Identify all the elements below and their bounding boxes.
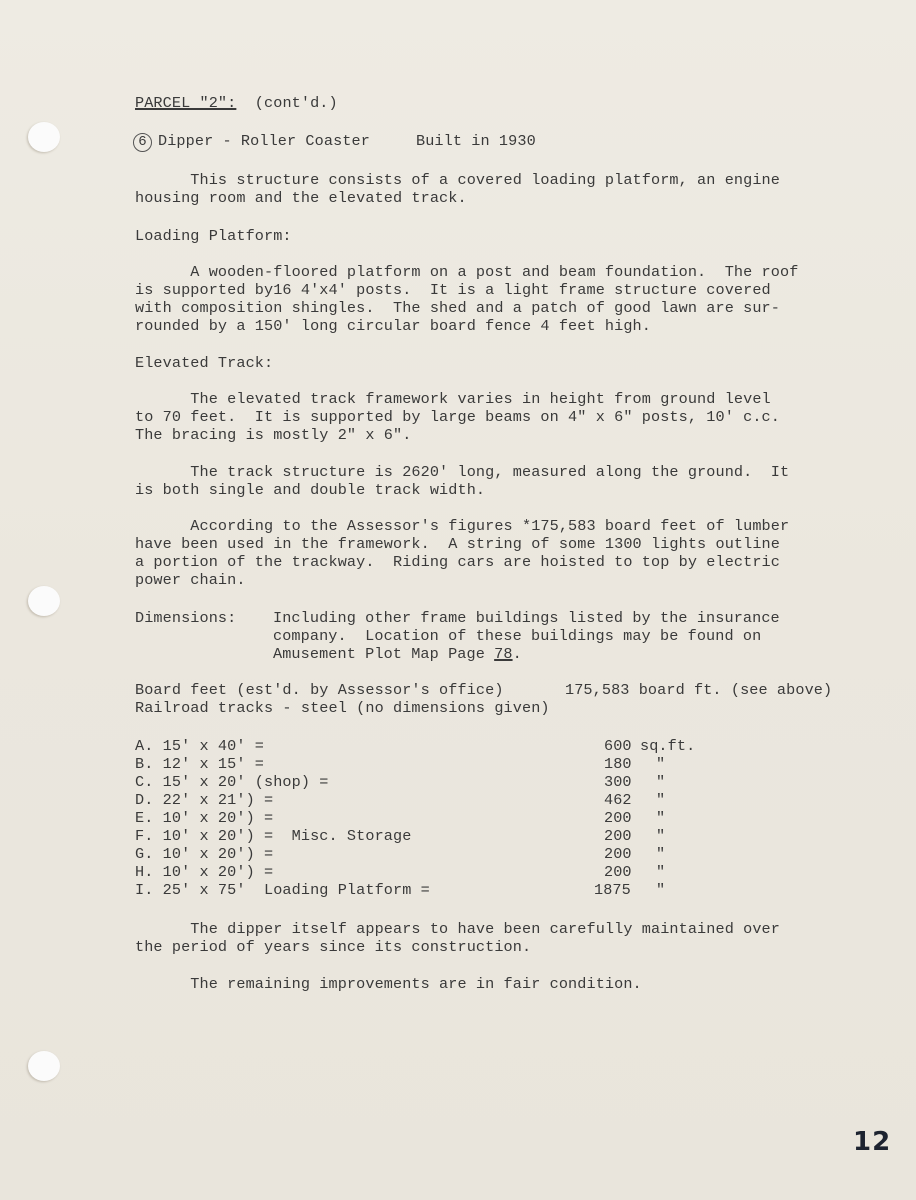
item-built: Built in 1930 [416,132,536,150]
building-unit: sq.ft. [640,737,695,755]
page-number: 12 [853,1127,891,1157]
item-title: Dipper - Roller Coaster [158,132,370,150]
elevated-track-heading: Elevated Track: [135,354,273,372]
dimensions-line: Including other frame buildings listed b… [273,609,780,627]
paragraph-line: a portion of the trackway. Riding cars a… [135,553,780,571]
building-area: 200 [604,809,632,827]
building-area: 200 [604,863,632,881]
board-feet-value: 175,583 board ft. (see above) [565,681,832,699]
parcel-header: PARCEL "2": (cont'd.) [135,94,338,112]
paragraph-line: is both single and double track width. [135,481,485,499]
paragraph-line: with composition shingles. The shed and … [135,299,780,317]
building-area: 462 [604,791,632,809]
binder-hole [28,586,60,616]
final-line: The remaining improvements are in fair c… [135,975,642,993]
map-page-number: 78 [494,645,512,663]
paragraph-line: The elevated track framework varies in h… [135,390,771,408]
board-feet-label: Board feet (est'd. by Assessor's office) [135,681,504,699]
dimensions-map-ref: Amusement Plot Map Page 78. [273,645,522,663]
paragraph-line: have been used in the framework. A strin… [135,535,780,553]
paragraph-line: According to the Assessor's figures *175… [135,517,789,535]
building-unit: " [656,809,665,827]
paragraph-line: power chain. [135,571,246,589]
building-unit: " [656,773,665,791]
paragraph-line: is supported by16 4'x4' posts. It is a l… [135,281,771,299]
building-area: 180 [604,755,632,773]
railroad-tracks-line: Railroad tracks - steel (no dimensions g… [135,699,550,717]
closing-line: The dipper itself appears to have been c… [135,920,780,938]
building-unit: " [656,755,665,773]
building-unit: " [656,881,665,899]
building-label: C. 15' x 20' (shop) = [135,773,329,791]
building-label: F. 10' x 20') = Misc. Storage [135,827,411,845]
building-label: B. 12' x 15' = [135,755,264,773]
building-unit: " [656,863,665,881]
building-unit: " [656,827,665,845]
building-label: G. 10' x 20') = [135,845,273,863]
paragraph-line: rounded by a 150' long circular board fe… [135,317,651,335]
map-suffix: . [513,645,522,663]
building-area: 1875 [594,881,631,899]
building-unit: " [656,845,665,863]
building-area: 300 [604,773,632,791]
contd-label: (cont'd.) [255,94,338,112]
paragraph-line: to 70 feet. It is supported by large bea… [135,408,780,426]
closing-line: the period of years since its constructi… [135,938,531,956]
paragraph-line: The bracing is mostly 2" x 6". [135,426,411,444]
loading-platform-heading: Loading Platform: [135,227,292,245]
building-label: D. 22' x 21') = [135,791,273,809]
building-area: 200 [604,827,632,845]
item-number-circle: 6 [133,133,152,152]
building-unit: " [656,791,665,809]
paragraph-line: A wooden-floored platform on a post and … [135,263,798,281]
intro-line: This structure consists of a covered loa… [135,171,780,189]
document-page: PARCEL "2": (cont'd.) 6Dipper - Roller C… [0,0,916,1200]
binder-hole [28,1051,60,1081]
building-area: 600 [604,737,632,755]
intro-line: housing room and the elevated track. [135,189,467,207]
building-label: H. 10' x 20') = [135,863,273,881]
building-label: A. 15' x 40' = [135,737,264,755]
dimensions-label: Dimensions: [135,609,236,627]
paragraph-line: The track structure is 2620' long, measu… [135,463,789,481]
building-label: I. 25' x 75' Loading Platform = [135,881,430,899]
building-label: E. 10' x 20') = [135,809,273,827]
map-prefix: Amusement Plot Map Page [273,645,494,663]
building-area: 200 [604,845,632,863]
parcel-label: PARCEL "2": [135,94,236,112]
binder-hole [28,122,60,152]
dimensions-line: company. Location of these buildings may… [273,627,761,645]
item-heading: 6Dipper - Roller Coaster Built in 1930 [133,132,536,152]
